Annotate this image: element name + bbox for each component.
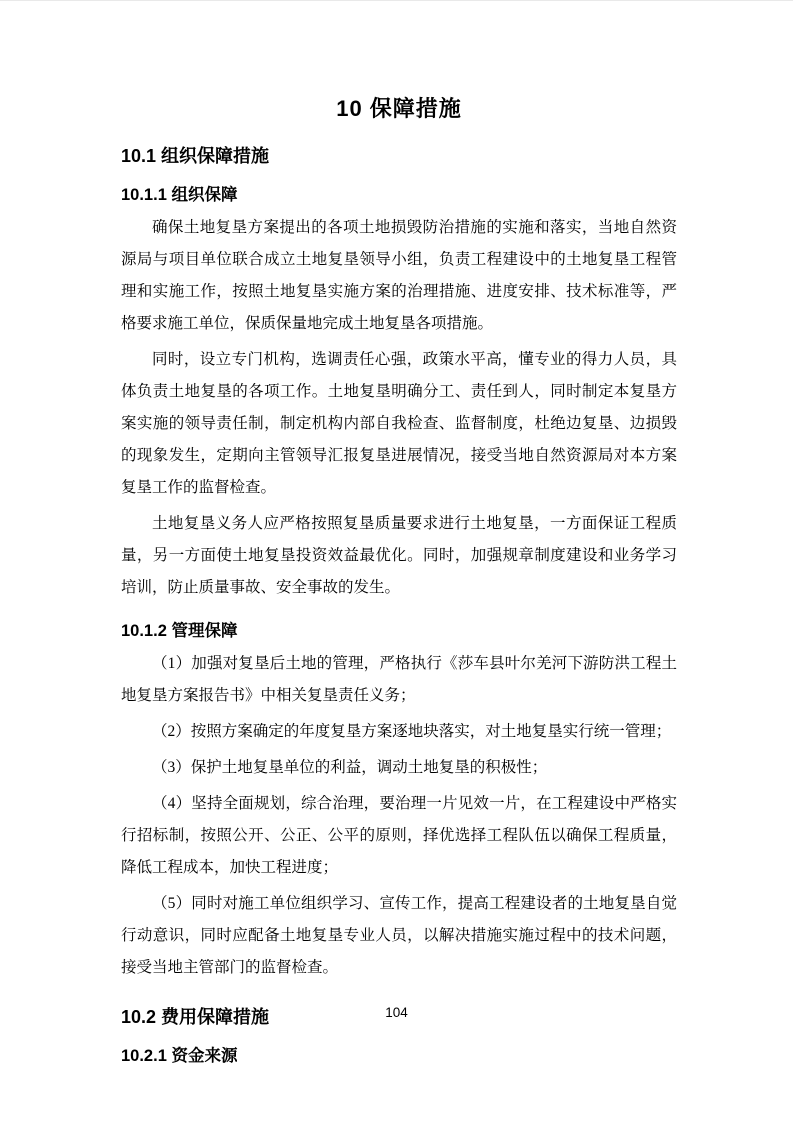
list-item-3: （3）保护土地复垦单位的利益，调动土地复垦的积极性； (121, 752, 677, 784)
heading-10-1-1: 10.1.1 组织保障 (121, 184, 677, 206)
list-item-5: （5）同时对施工单位组织学习、宣传工作，提高工程建设者的土地复垦自觉行动意识，同… (121, 888, 677, 984)
page-number: 104 (0, 1005, 793, 1020)
paragraph-organization-3: 土地复垦义务人应严格按照复垦质量要求进行土地复垦，一方面保证工程质量，另一方面使… (121, 508, 677, 604)
heading-10-1: 10.1 组织保障措施 (121, 144, 677, 168)
list-item-2: （2）按照方案确定的年度复垦方案逐地块落实，对土地复垦实行统一管理； (121, 716, 677, 748)
list-item-1: （1）加强对复垦后土地的管理，严格执行《莎车县叶尔羌河下游防洪工程土地复垦方案报… (121, 648, 677, 712)
document-content: 10 保障措施 10.1 组织保障措施 10.1.1 组织保障 确保土地复垦方案… (121, 0, 677, 1067)
paragraph-organization-1: 确保土地复垦方案提出的各项土地损毁防治措施的实施和落实，当地自然资源局与项目单位… (121, 212, 677, 340)
heading-10-1-2: 10.1.2 管理保障 (121, 620, 677, 642)
document-page: 10 保障措施 10.1 组织保障措施 10.1.1 组织保障 确保土地复垦方案… (0, 0, 793, 1122)
paragraph-organization-2: 同时，设立专门机构，选调责任心强，政策水平高，懂专业的得力人员，具体负责土地复垦… (121, 344, 677, 504)
chapter-title: 10 保障措施 (121, 0, 677, 123)
list-item-4: （4）坚持全面规划，综合治理，要治理一片见效一片，在工程建设中严格实行招标制，按… (121, 788, 677, 884)
heading-10-2-1: 10.2.1 资金来源 (121, 1045, 677, 1067)
